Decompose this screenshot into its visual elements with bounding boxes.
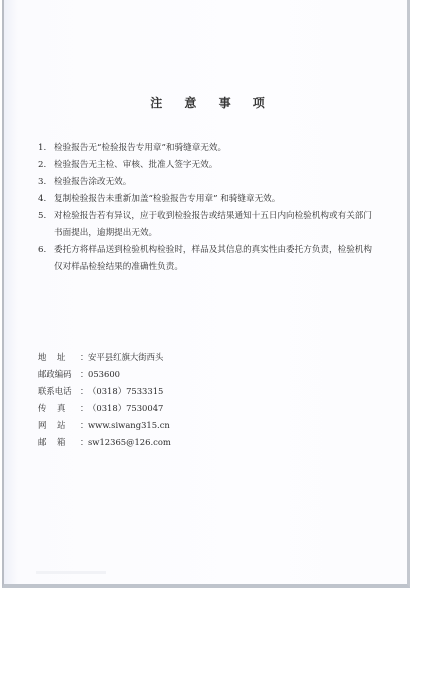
item-number: 1. (38, 140, 54, 157)
contact-label: 邮 箱 (38, 434, 80, 451)
list-item: 2. 检验报告无主检、审核、批准人签字无效。 (38, 157, 378, 174)
contact-label: 联系电话 (38, 383, 80, 400)
document-page (2, 0, 410, 588)
item-text: 检验报告无主检、审核、批准人签字无效。 (54, 157, 378, 174)
item-number: 3. (38, 174, 54, 191)
list-item: 4. 复制检验报告未重新加盖“检验报告专用章” 和骑缝章无效。 (38, 191, 378, 208)
item-number: 5. (38, 208, 54, 242)
page-title: 注 意 事 项 (0, 94, 424, 111)
item-number: 2. (38, 157, 54, 174)
contact-separator: ： (80, 366, 88, 383)
contact-separator: ： (80, 417, 88, 434)
contact-value: 053600 (88, 366, 120, 383)
contact-label: 地 址 (38, 349, 80, 366)
contact-label: 邮政编码 (38, 366, 80, 383)
item-number: 4. (38, 191, 54, 208)
contact-value: sw12365@126.com (88, 434, 171, 451)
faint-scan-mark (36, 571, 106, 574)
contact-fax: 传 真 ： （0318）7530047 (38, 400, 171, 417)
list-item: 1. 检验报告无“检验报告专用章”和骑缝章无效。 (38, 140, 378, 157)
contact-label: 传 真 (38, 400, 80, 417)
page-margin (411, 0, 424, 592)
item-text: 检验报告涂改无效。 (54, 174, 378, 191)
contact-email: 邮 箱 ： sw12365@126.com (38, 434, 171, 451)
item-text: 委托方将样品送到检验机构检验时，样品及其信息的真实性由委托方负责，检验机构仅对样… (54, 242, 378, 276)
item-text: 对检验报告若有异议，应于收到检验报告或结果通知十五日内向检验机构或有关部门书面提… (54, 208, 378, 242)
contact-separator: ： (80, 349, 88, 366)
contact-value: 安平县红旗大街西头 (88, 349, 163, 366)
contact-separator: ： (80, 383, 88, 400)
contact-info: 地 址 ： 安平县红旗大街西头 邮政编码 ： 053600 联系电话 ： （03… (38, 349, 171, 451)
list-item: 6. 委托方将样品送到检验机构检验时，样品及其信息的真实性由委托方负责，检验机构… (38, 242, 378, 276)
item-number: 6. (38, 242, 54, 276)
contact-separator: ： (80, 400, 88, 417)
notes-list: 1. 检验报告无“检验报告专用章”和骑缝章无效。 2. 检验报告无主检、审核、批… (38, 140, 378, 276)
contact-value: www.siwang315.cn (88, 417, 170, 434)
contact-label: 网 站 (38, 417, 80, 434)
list-item: 3. 检验报告涂改无效。 (38, 174, 378, 191)
list-item: 5. 对检验报告若有异议，应于收到检验报告或结果通知十五日内向检验机构或有关部门… (38, 208, 378, 242)
contact-website: 网 站 ： www.siwang315.cn (38, 417, 171, 434)
contact-address: 地 址 ： 安平县红旗大街西头 (38, 349, 171, 366)
contact-value: （0318）7530047 (88, 400, 163, 417)
item-text: 检验报告无“检验报告专用章”和骑缝章无效。 (54, 140, 378, 157)
contact-value: （0318）7533315 (88, 383, 163, 400)
contact-separator: ： (80, 434, 88, 451)
contact-phone: 联系电话 ： （0318）7533315 (38, 383, 171, 400)
contact-postcode: 邮政编码 ： 053600 (38, 366, 171, 383)
item-text: 复制检验报告未重新加盖“检验报告专用章” 和骑缝章无效。 (54, 191, 378, 208)
